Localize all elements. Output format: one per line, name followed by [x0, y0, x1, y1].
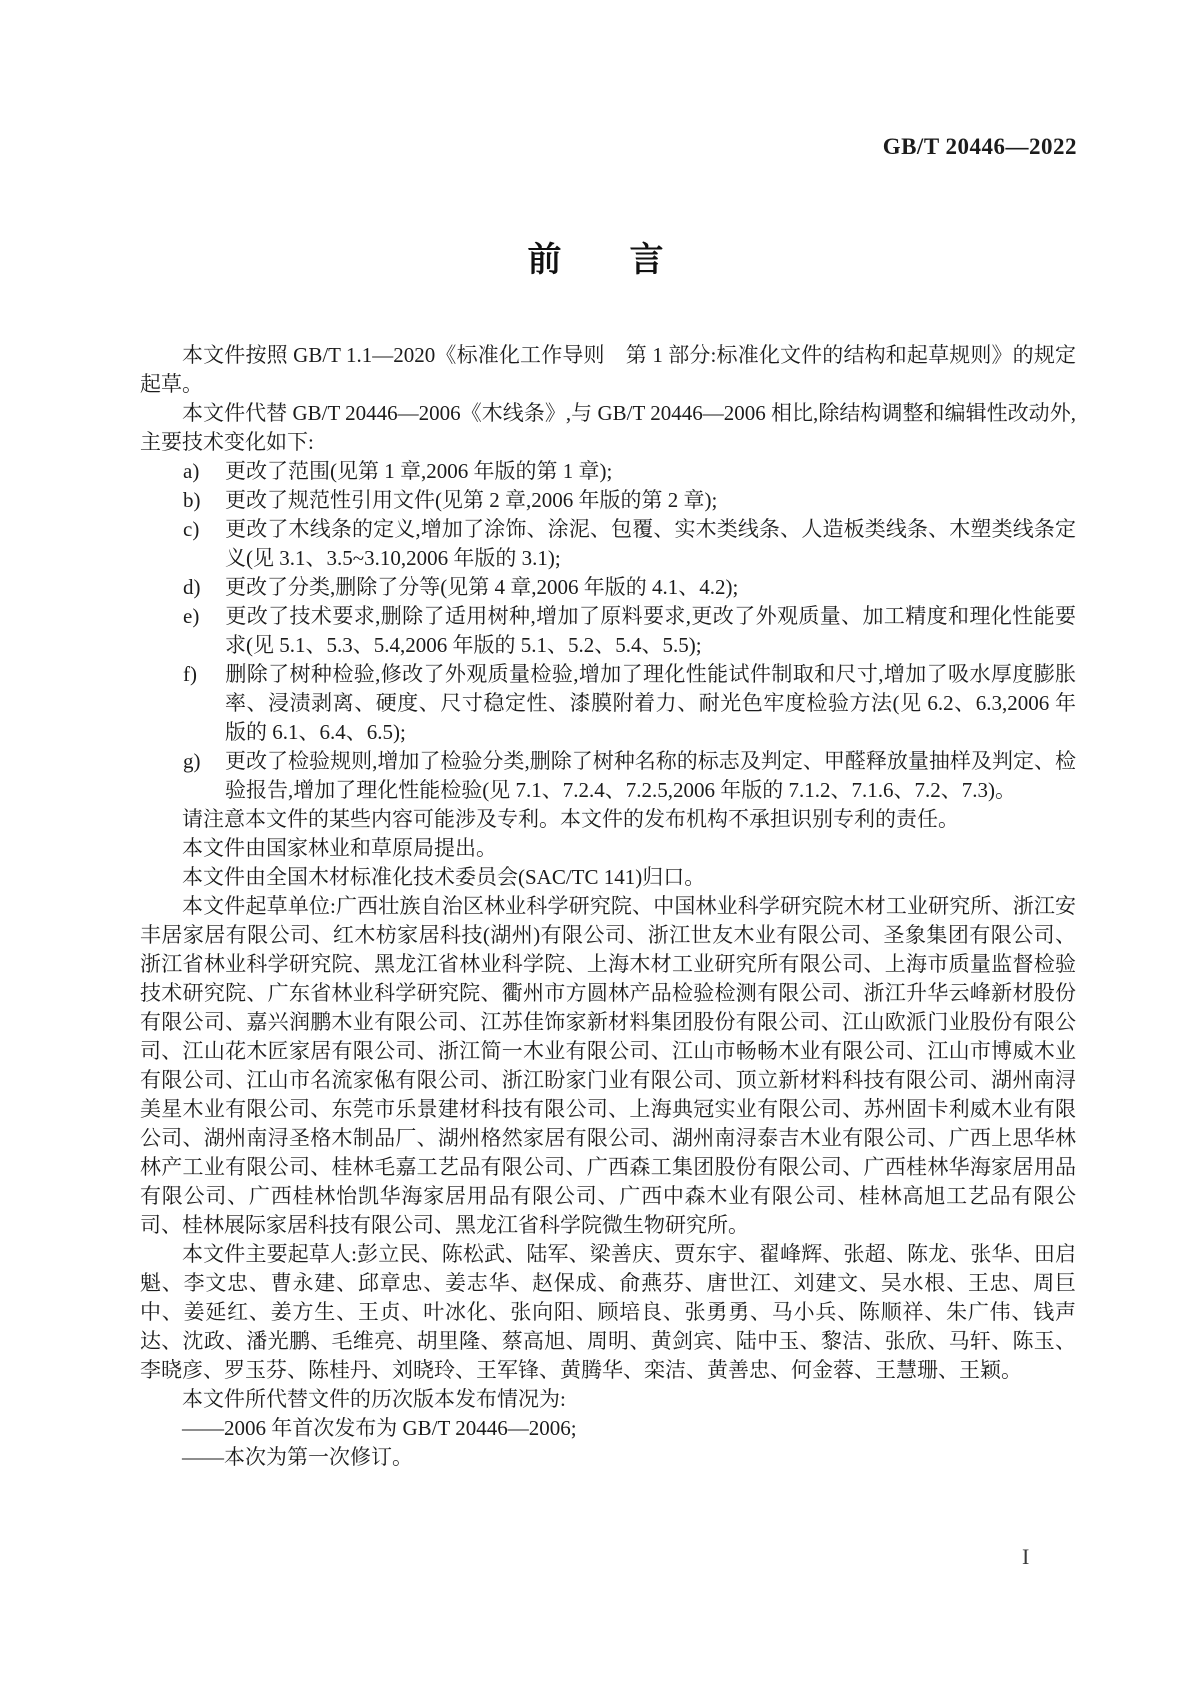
- change-marker: c): [183, 515, 225, 544]
- change-marker: g): [183, 747, 225, 776]
- paragraph-drafters: 本文件主要起草人:彭立民、陈松武、陆军、梁善庆、贾东宇、翟峰辉、张超、陈龙、张华…: [140, 1240, 1076, 1385]
- change-item-d: d)更改了分类,删除了分等(见第 4 章,2006 年版的 4.1、4.2);: [140, 573, 1076, 602]
- paragraph-drafting-units: 本文件起草单位:广西壮族自治区林业科学研究院、中国林业科学研究院木材工业研究所、…: [140, 892, 1076, 1240]
- paragraph-history-intro: 本文件所代替文件的历次版本发布情况为:: [140, 1385, 1076, 1414]
- history-entry-revision: ——本次为第一次修订。: [140, 1443, 1076, 1472]
- foreword-body: 本文件按照 GB/T 1.1—2020《标准化工作导则 第 1 部分:标准化文件…: [140, 341, 1076, 1472]
- history-entry-2006: ——2006 年首次发布为 GB/T 20446—2006;: [140, 1414, 1076, 1443]
- change-marker: f): [183, 660, 225, 689]
- change-text: 更改了检验规则,增加了检验分类,删除了树种名称的标志及判定、甲醛释放量抽样及判定…: [225, 749, 1076, 802]
- change-item-b: b)更改了规范性引用文件(见第 2 章,2006 年版的第 2 章);: [140, 486, 1076, 515]
- change-text: 删除了树种检验,修改了外观质量检验,增加了理化性能试件制取和尺寸,增加了吸水厚度…: [225, 662, 1076, 744]
- change-text: 更改了规范性引用文件(见第 2 章,2006 年版的第 2 章);: [225, 488, 717, 512]
- change-item-e: e)更改了技术要求,删除了适用树种,增加了原料要求,更改了外观质量、加工精度和理…: [140, 602, 1076, 660]
- document-page: GB/T 20446—2022 前 言 本文件按照 GB/T 1.1—2020《…: [0, 0, 1191, 1684]
- change-text: 更改了木线条的定义,增加了涂饰、涂泥、包覆、实木类线条、人造板类线条、木塑类线条…: [225, 517, 1076, 570]
- change-item-c: c)更改了木线条的定义,增加了涂饰、涂泥、包覆、实木类线条、人造板类线条、木塑类…: [140, 515, 1076, 573]
- paragraph-patent-notice: 请注意本文件的某些内容可能涉及专利。本文件的发布机构不承担识别专利的责任。: [140, 805, 1076, 834]
- change-text: 更改了分类,删除了分等(见第 4 章,2006 年版的 4.1、4.2);: [225, 575, 738, 599]
- change-item-g: g)更改了检验规则,增加了检验分类,删除了树种名称的标志及判定、甲醛释放量抽样及…: [140, 747, 1076, 805]
- standard-number: GB/T 20446—2022: [883, 134, 1077, 160]
- change-text: 更改了范围(见第 1 章,2006 年版的第 1 章);: [225, 459, 612, 483]
- paragraph-committee: 本文件由全国木材标准化技术委员会(SAC/TC 141)归口。: [140, 863, 1076, 892]
- change-marker: b): [183, 486, 225, 515]
- page-number: I: [1022, 1544, 1029, 1570]
- paragraph-proposer: 本文件由国家林业和草原局提出。: [140, 834, 1076, 863]
- paragraph-drafting-basis: 本文件按照 GB/T 1.1—2020《标准化工作导则 第 1 部分:标准化文件…: [140, 341, 1076, 399]
- change-marker: d): [183, 573, 225, 602]
- page-title: 前 言: [0, 236, 1191, 284]
- change-marker: e): [183, 602, 225, 631]
- change-text: 更改了技术要求,删除了适用树种,增加了原料要求,更改了外观质量、加工精度和理化性…: [225, 604, 1076, 657]
- change-item-a: a)更改了范围(见第 1 章,2006 年版的第 1 章);: [140, 457, 1076, 486]
- change-item-f: f)删除了树种检验,修改了外观质量检验,增加了理化性能试件制取和尺寸,增加了吸水…: [140, 660, 1076, 747]
- change-marker: a): [183, 457, 225, 486]
- paragraph-replacement-note: 本文件代替 GB/T 20446—2006《木线条》,与 GB/T 20446—…: [140, 399, 1076, 457]
